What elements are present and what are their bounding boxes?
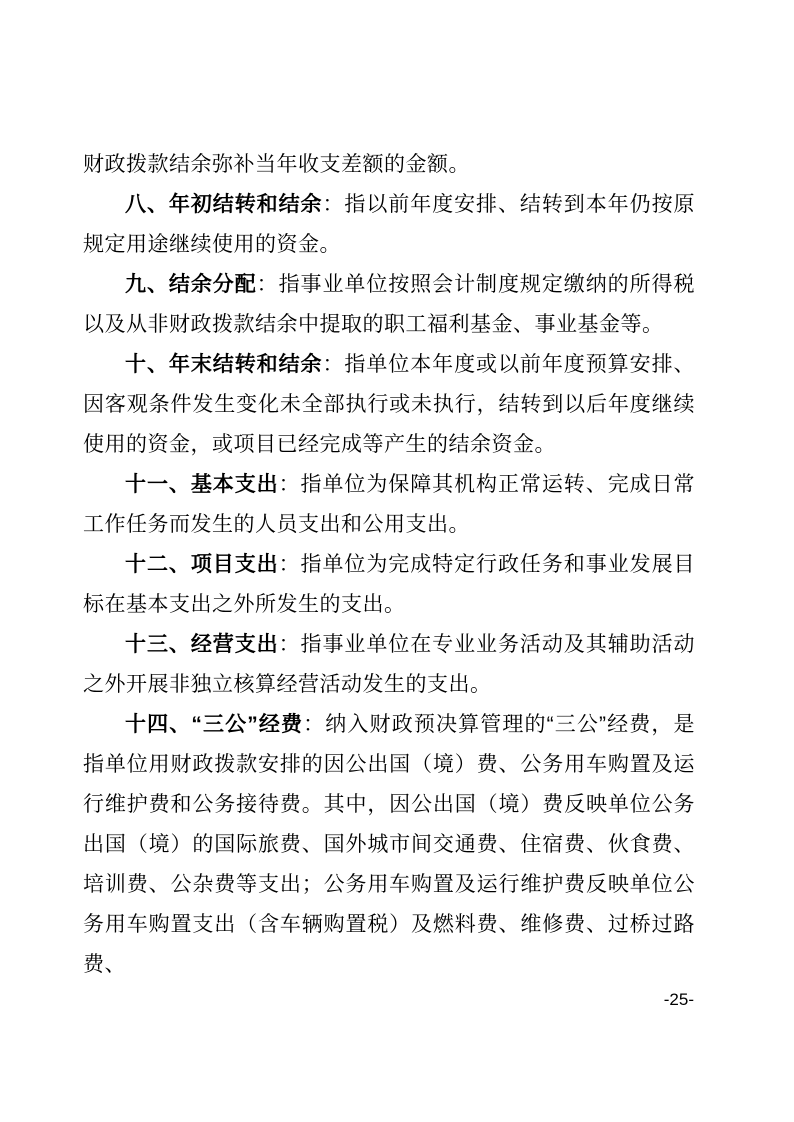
definition-text: 财政拨款结余弥补当年收支差额的金额。 — [83, 153, 470, 176]
document-body: 财政拨款结余弥补当年收支差额的金额。 八、年初结转和结余：指以前年度安排、结转到… — [83, 145, 695, 985]
paragraph-item-9: 九、结余分配：指事业单位按照会计制度规定缴纳的所得税以及从非财政拨款结余中提取的… — [83, 265, 695, 345]
paragraph-item-11: 十一、基本支出：指单位为保障其机构正常运转、完成日常工作任务而发生的人员支出和公… — [83, 465, 695, 545]
definition-term: 八、年初结转和结余 — [125, 193, 322, 216]
page-number: -25- — [664, 990, 694, 1010]
paragraph-item-8: 八、年初结转和结余：指以前年度安排、结转到本年仍按原规定用途继续使用的资金。 — [83, 185, 695, 265]
definition-term: 九、结余分配 — [125, 273, 257, 296]
definition-term: 十三、经营支出 — [125, 633, 279, 656]
paragraph-continuation: 财政拨款结余弥补当年收支差额的金额。 — [83, 145, 695, 185]
document-page: 财政拨款结余弥补当年收支差额的金额。 八、年初结转和结余：指以前年度安排、结转到… — [0, 0, 794, 1122]
definition-term: 十四、“三公”经费 — [125, 713, 303, 736]
paragraph-item-14: 十四、“三公”经费：纳入财政预决算管理的“三公”经费，是指单位用财政拨款安排的因… — [83, 705, 695, 985]
definition-term: 十一、基本支出 — [125, 473, 279, 496]
paragraph-item-13: 十三、经营支出：指事业单位在专业业务活动及其辅助活动之外开展非独立核算经营活动发… — [83, 625, 695, 705]
paragraph-item-12: 十二、项目支出：指单位为完成特定行政任务和事业发展目标在基本支出之外所发生的支出… — [83, 545, 695, 625]
definition-term: 十、年末结转和结余 — [125, 353, 322, 376]
definition-text: ：纳入财政预决算管理的“三公”经费，是指单位用财政拨款安排的因公出国（境）费、公… — [83, 713, 695, 976]
paragraph-item-10: 十、年末结转和结余：指单位本年度或以前年度预算安排、因客观条件发生变化未全部执行… — [83, 345, 695, 465]
definition-term: 十二、项目支出 — [125, 553, 279, 576]
